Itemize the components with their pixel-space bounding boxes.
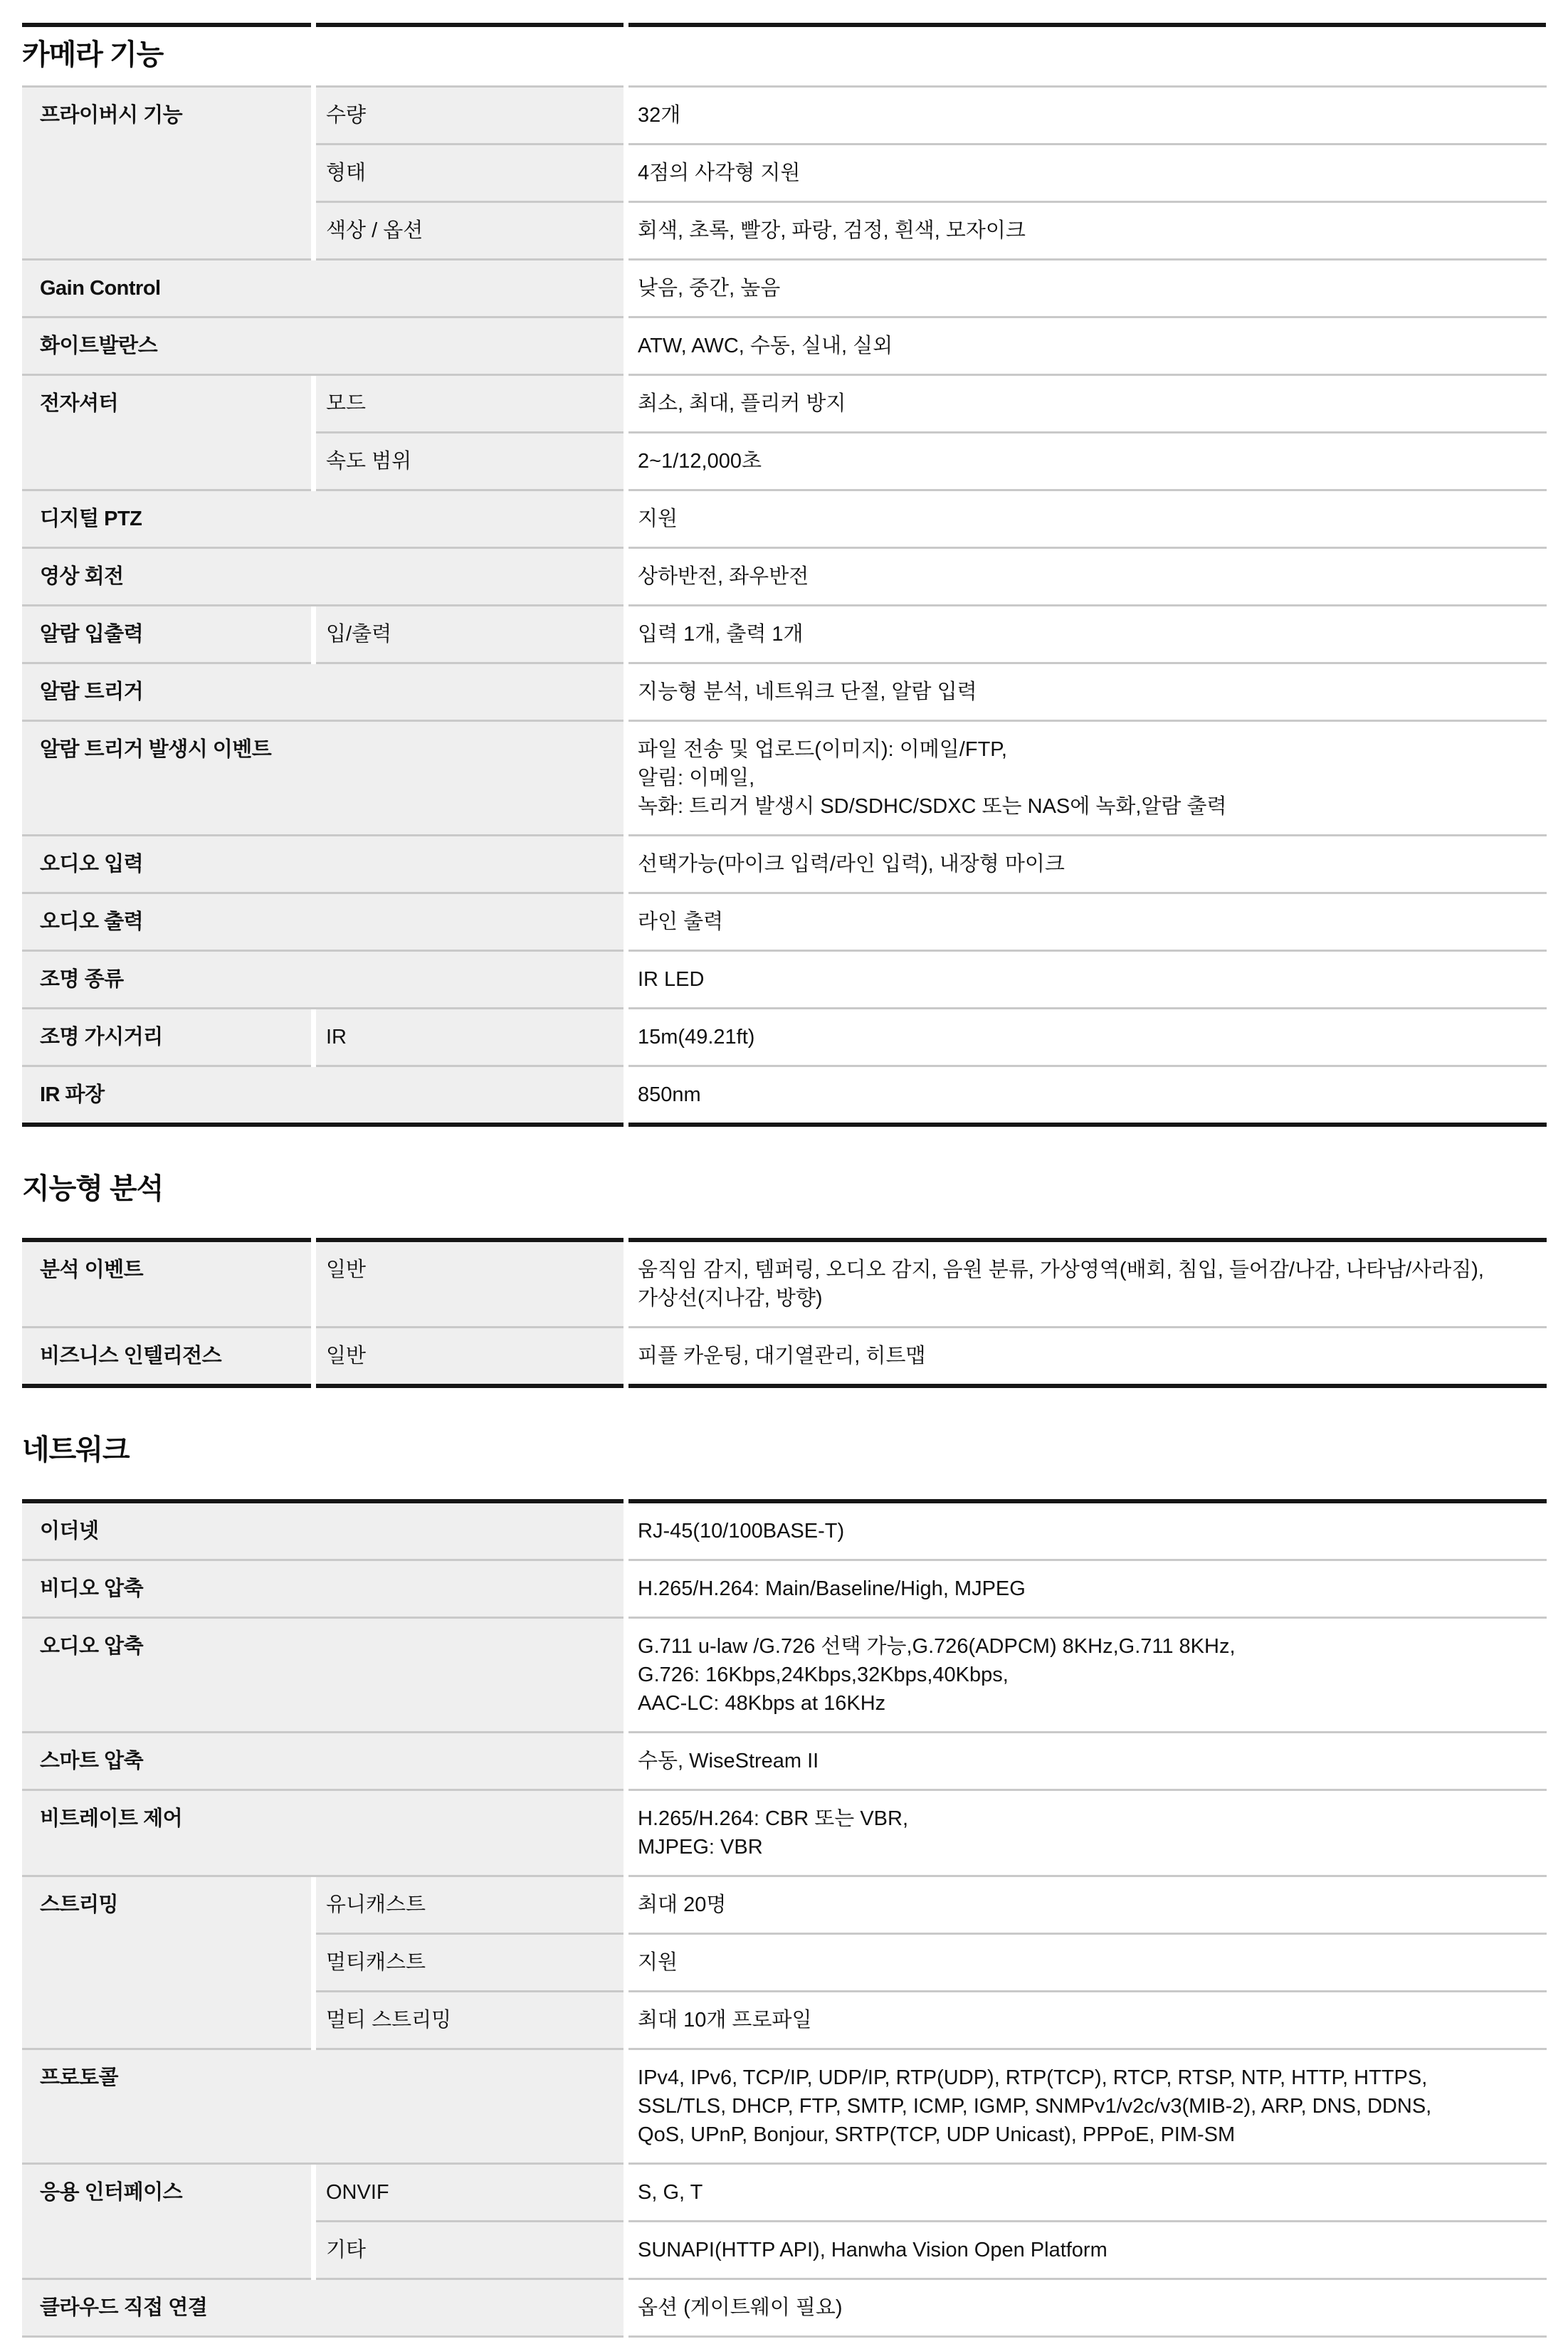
spec-row: 클라우드 직접 연결옵션 (게이트웨이 필요) [22, 2280, 1547, 2338]
spec-value-cell: H.265/H.264: CBR 또는 VBR, MJPEG: VBR [628, 1791, 1547, 1877]
spec-row: 비트레이트 제어H.265/H.264: CBR 또는 VBR, MJPEG: … [22, 1791, 1547, 1877]
spec-label-cell: 오디오 출력 [22, 894, 623, 952]
spec-row: 비즈니스 인텔리전스일반피플 카운팅, 대기열관리, 히트맵 [22, 1328, 1547, 1388]
spec-value-cell: 입력 1개, 출력 1개 [628, 606, 1547, 664]
spec-value-cell: 파일 전송 및 업로드(이미지): 이메일/FTP, 알림: 이메일, 녹화: … [628, 722, 1547, 836]
spec-value-cell: 상하반전, 좌우반전 [628, 549, 1547, 606]
spec-value-cell: 850nm [628, 1067, 1547, 1127]
spec-value-cell: 지원 [628, 1935, 1547, 1992]
spec-value-cell: 선택가능(마이크 입력/라인 입력), 내장형 마이크 [628, 836, 1547, 894]
spec-label-cell: 프라이버시 기능 [22, 85, 311, 261]
spec-value-cell: IR LED [628, 952, 1547, 1009]
spec-row: 전자셔터모드최소, 최대, 플리커 방지 [22, 376, 1547, 433]
spec-label-cell: 클라우드 직접 연결 [22, 2280, 623, 2338]
spec-label-cell: 알람 트리거 발생시 이벤트 [22, 722, 623, 836]
spec-row: 응용 인터페이스ONVIFS, G, T [22, 2165, 1547, 2222]
spec-value-cell: S, G, T [628, 2165, 1547, 2222]
spec-row: 분석 이벤트일반움직임 감지, 템퍼링, 오디오 감지, 음원 분류, 가상영역… [22, 1238, 1547, 1328]
spec-label-cell: 디지털 PTZ [22, 491, 623, 549]
spec-sublabel-cell: 수량 [316, 85, 623, 145]
spec-value-cell: RJ-45(10/100BASE-T) [628, 1499, 1547, 1561]
spec-label-cell: 오디오 압축 [22, 1619, 623, 1733]
spec-label-cell: 영상 회전 [22, 549, 623, 606]
spec-label-cell: 응용 인터페이스 [22, 2165, 311, 2280]
spec-label-cell: 비트레이트 제어 [22, 1791, 623, 1877]
spec-value-cell: 최소, 최대, 플리커 방지 [628, 376, 1547, 433]
section-title-network: 네트워크 [22, 1432, 1546, 1468]
spec-row: 조명 가시거리IR15m(49.21ft) [22, 1009, 1547, 1067]
spec-label-cell: 이더넷 [22, 1499, 623, 1561]
spec-value-cell: 최대 20명 [628, 1877, 1547, 1935]
spec-value-cell: 2~1/12,000초 [628, 433, 1547, 491]
spec-value-cell: 4점의 사각형 지원 [628, 145, 1547, 203]
spec-label-cell: 알람 입출력 [22, 606, 311, 664]
spec-label-cell: 화이트발란스 [22, 318, 623, 376]
spec-row: 알람 입출력입/출력입력 1개, 출력 1개 [22, 606, 1547, 664]
spec-sublabel-cell: 기타 [316, 2222, 623, 2280]
spec-row: 비디오 압축H.265/H.264: Main/Baseline/High, M… [22, 1561, 1547, 1619]
spec-sublabel-cell: ONVIF [316, 2165, 623, 2222]
spec-label-cell: 스마트 압축 [22, 1733, 623, 1791]
spec-value-cell: SUNAPI(HTTP API), Hanwha Vision Open Pla… [628, 2222, 1547, 2280]
spec-value-cell: 낮음, 중간, 높음 [628, 261, 1547, 318]
spec-row: IR 파장850nm [22, 1067, 1547, 1127]
spec-sublabel-cell: IR [316, 1009, 623, 1067]
spec-row: Gain Control낮음, 중간, 높음 [22, 261, 1547, 318]
spec-sublabel-cell: 일반 [316, 1328, 623, 1388]
spec-value-cell: H.265/H.264: Main/Baseline/High, MJPEG [628, 1561, 1547, 1619]
spec-label-cell: 비즈니스 인텔리전스 [22, 1328, 311, 1388]
spec-sublabel-cell: 색상 / 옵션 [316, 203, 623, 261]
spec-sublabel-cell: 멀티캐스트 [316, 1935, 623, 1992]
spec-row: 조명 종류IR LED [22, 952, 1547, 1009]
spec-value-cell: 15m(49.21ft) [628, 1009, 1547, 1067]
spec-label-cell: 프로토콜 [22, 2050, 623, 2165]
spec-value-cell: 지능형 분석, 네트워크 단절, 알람 입력 [628, 664, 1547, 722]
previous-table-bottom-rule [22, 23, 1546, 27]
intelligent-analytics-spec-table: 분석 이벤트일반움직임 감지, 템퍼링, 오디오 감지, 음원 분류, 가상영역… [17, 1238, 1552, 1388]
spec-sublabel-cell: 형태 [316, 145, 623, 203]
spec-label-cell: Gain Control [22, 261, 623, 318]
spec-label-cell: 전자셔터 [22, 376, 311, 491]
spec-label-cell: 오디오 입력 [22, 836, 623, 894]
spec-sublabel-cell: 입/출력 [316, 606, 623, 664]
spec-value-cell: 피플 카운팅, 대기열관리, 히트맵 [628, 1328, 1547, 1388]
spec-row: 프라이버시 기능수량32개 [22, 85, 1547, 145]
spec-value-cell: G.711 u-law /G.726 선택 가능,G.726(ADPCM) 8K… [628, 1619, 1547, 1733]
spec-row: 화이트발란스ATW, AWC, 수동, 실내, 실외 [22, 318, 1547, 376]
spec-value-cell: 수동, WiseStream II [628, 1733, 1547, 1791]
spec-row: 알람 트리거지능형 분석, 네트워크 단절, 알람 입력 [22, 664, 1547, 722]
spec-value-cell: 최대 10개 프로파일 [628, 1992, 1547, 2050]
spec-label-cell: 조명 종류 [22, 952, 623, 1009]
section-title-camera-features: 카메라 기능 [22, 37, 1546, 73]
camera-features-spec-table: 프라이버시 기능수량32개형태4점의 사각형 지원색상 / 옵션회색, 초록, … [17, 85, 1552, 1127]
spec-sublabel-cell: 일반 [316, 1238, 623, 1328]
spec-label-cell: 분석 이벤트 [22, 1238, 311, 1328]
spec-sheet-page: 카메라 기능 프라이버시 기능수량32개형태4점의 사각형 지원색상 / 옵션회… [0, 0, 1568, 2349]
spec-value-cell: 움직임 감지, 템퍼링, 오디오 감지, 음원 분류, 가상영역(배회, 침입,… [628, 1238, 1547, 1328]
spec-row: 오디오 압축G.711 u-law /G.726 선택 가능,G.726(ADP… [22, 1619, 1547, 1733]
spec-value-cell: IPv4, IPv6, TCP/IP, UDP/IP, RTP(UDP), RT… [628, 2050, 1547, 2165]
spec-label-cell: IR 파장 [22, 1067, 623, 1127]
spec-row: 스트리밍유니캐스트최대 20명 [22, 1877, 1547, 1935]
spec-value-cell: 옵션 (게이트웨이 필요) [628, 2280, 1547, 2338]
spec-value-cell: 지원 [628, 491, 1547, 549]
spec-row: 오디오 출력라인 출력 [22, 894, 1547, 952]
spec-label-cell: 조명 가시거리 [22, 1009, 311, 1067]
spec-sublabel-cell: 속도 범위 [316, 433, 623, 491]
spec-label-cell: 비디오 압축 [22, 1561, 623, 1619]
rule-segment [628, 23, 1546, 27]
spec-value-cell: 라인 출력 [628, 894, 1547, 952]
spec-sublabel-cell: 모드 [316, 376, 623, 433]
network-spec-table: 이더넷RJ-45(10/100BASE-T)비디오 압축H.265/H.264:… [17, 1499, 1552, 2338]
spec-row: 오디오 입력선택가능(마이크 입력/라인 입력), 내장형 마이크 [22, 836, 1547, 894]
spec-value-cell: ATW, AWC, 수동, 실내, 실외 [628, 318, 1547, 376]
section-title-intelligent-analytics: 지능형 분석 [22, 1171, 1546, 1207]
rule-segment [22, 23, 311, 27]
spec-label-cell: 스트리밍 [22, 1877, 311, 2050]
spec-row: 스마트 압축수동, WiseStream II [22, 1733, 1547, 1791]
spec-row: 알람 트리거 발생시 이벤트파일 전송 및 업로드(이미지): 이메일/FTP,… [22, 722, 1547, 836]
spec-value-cell: 32개 [628, 85, 1547, 145]
spec-row: 영상 회전상하반전, 좌우반전 [22, 549, 1547, 606]
rule-segment [316, 23, 623, 27]
spec-value-cell: 회색, 초록, 빨강, 파랑, 검정, 흰색, 모자이크 [628, 203, 1547, 261]
spec-label-cell: 알람 트리거 [22, 664, 623, 722]
spec-sublabel-cell: 멀티 스트리밍 [316, 1992, 623, 2050]
spec-row: 이더넷RJ-45(10/100BASE-T) [22, 1499, 1547, 1561]
spec-sublabel-cell: 유니캐스트 [316, 1877, 623, 1935]
spec-row: 디지털 PTZ지원 [22, 491, 1547, 549]
spec-row: 프로토콜IPv4, IPv6, TCP/IP, UDP/IP, RTP(UDP)… [22, 2050, 1547, 2165]
